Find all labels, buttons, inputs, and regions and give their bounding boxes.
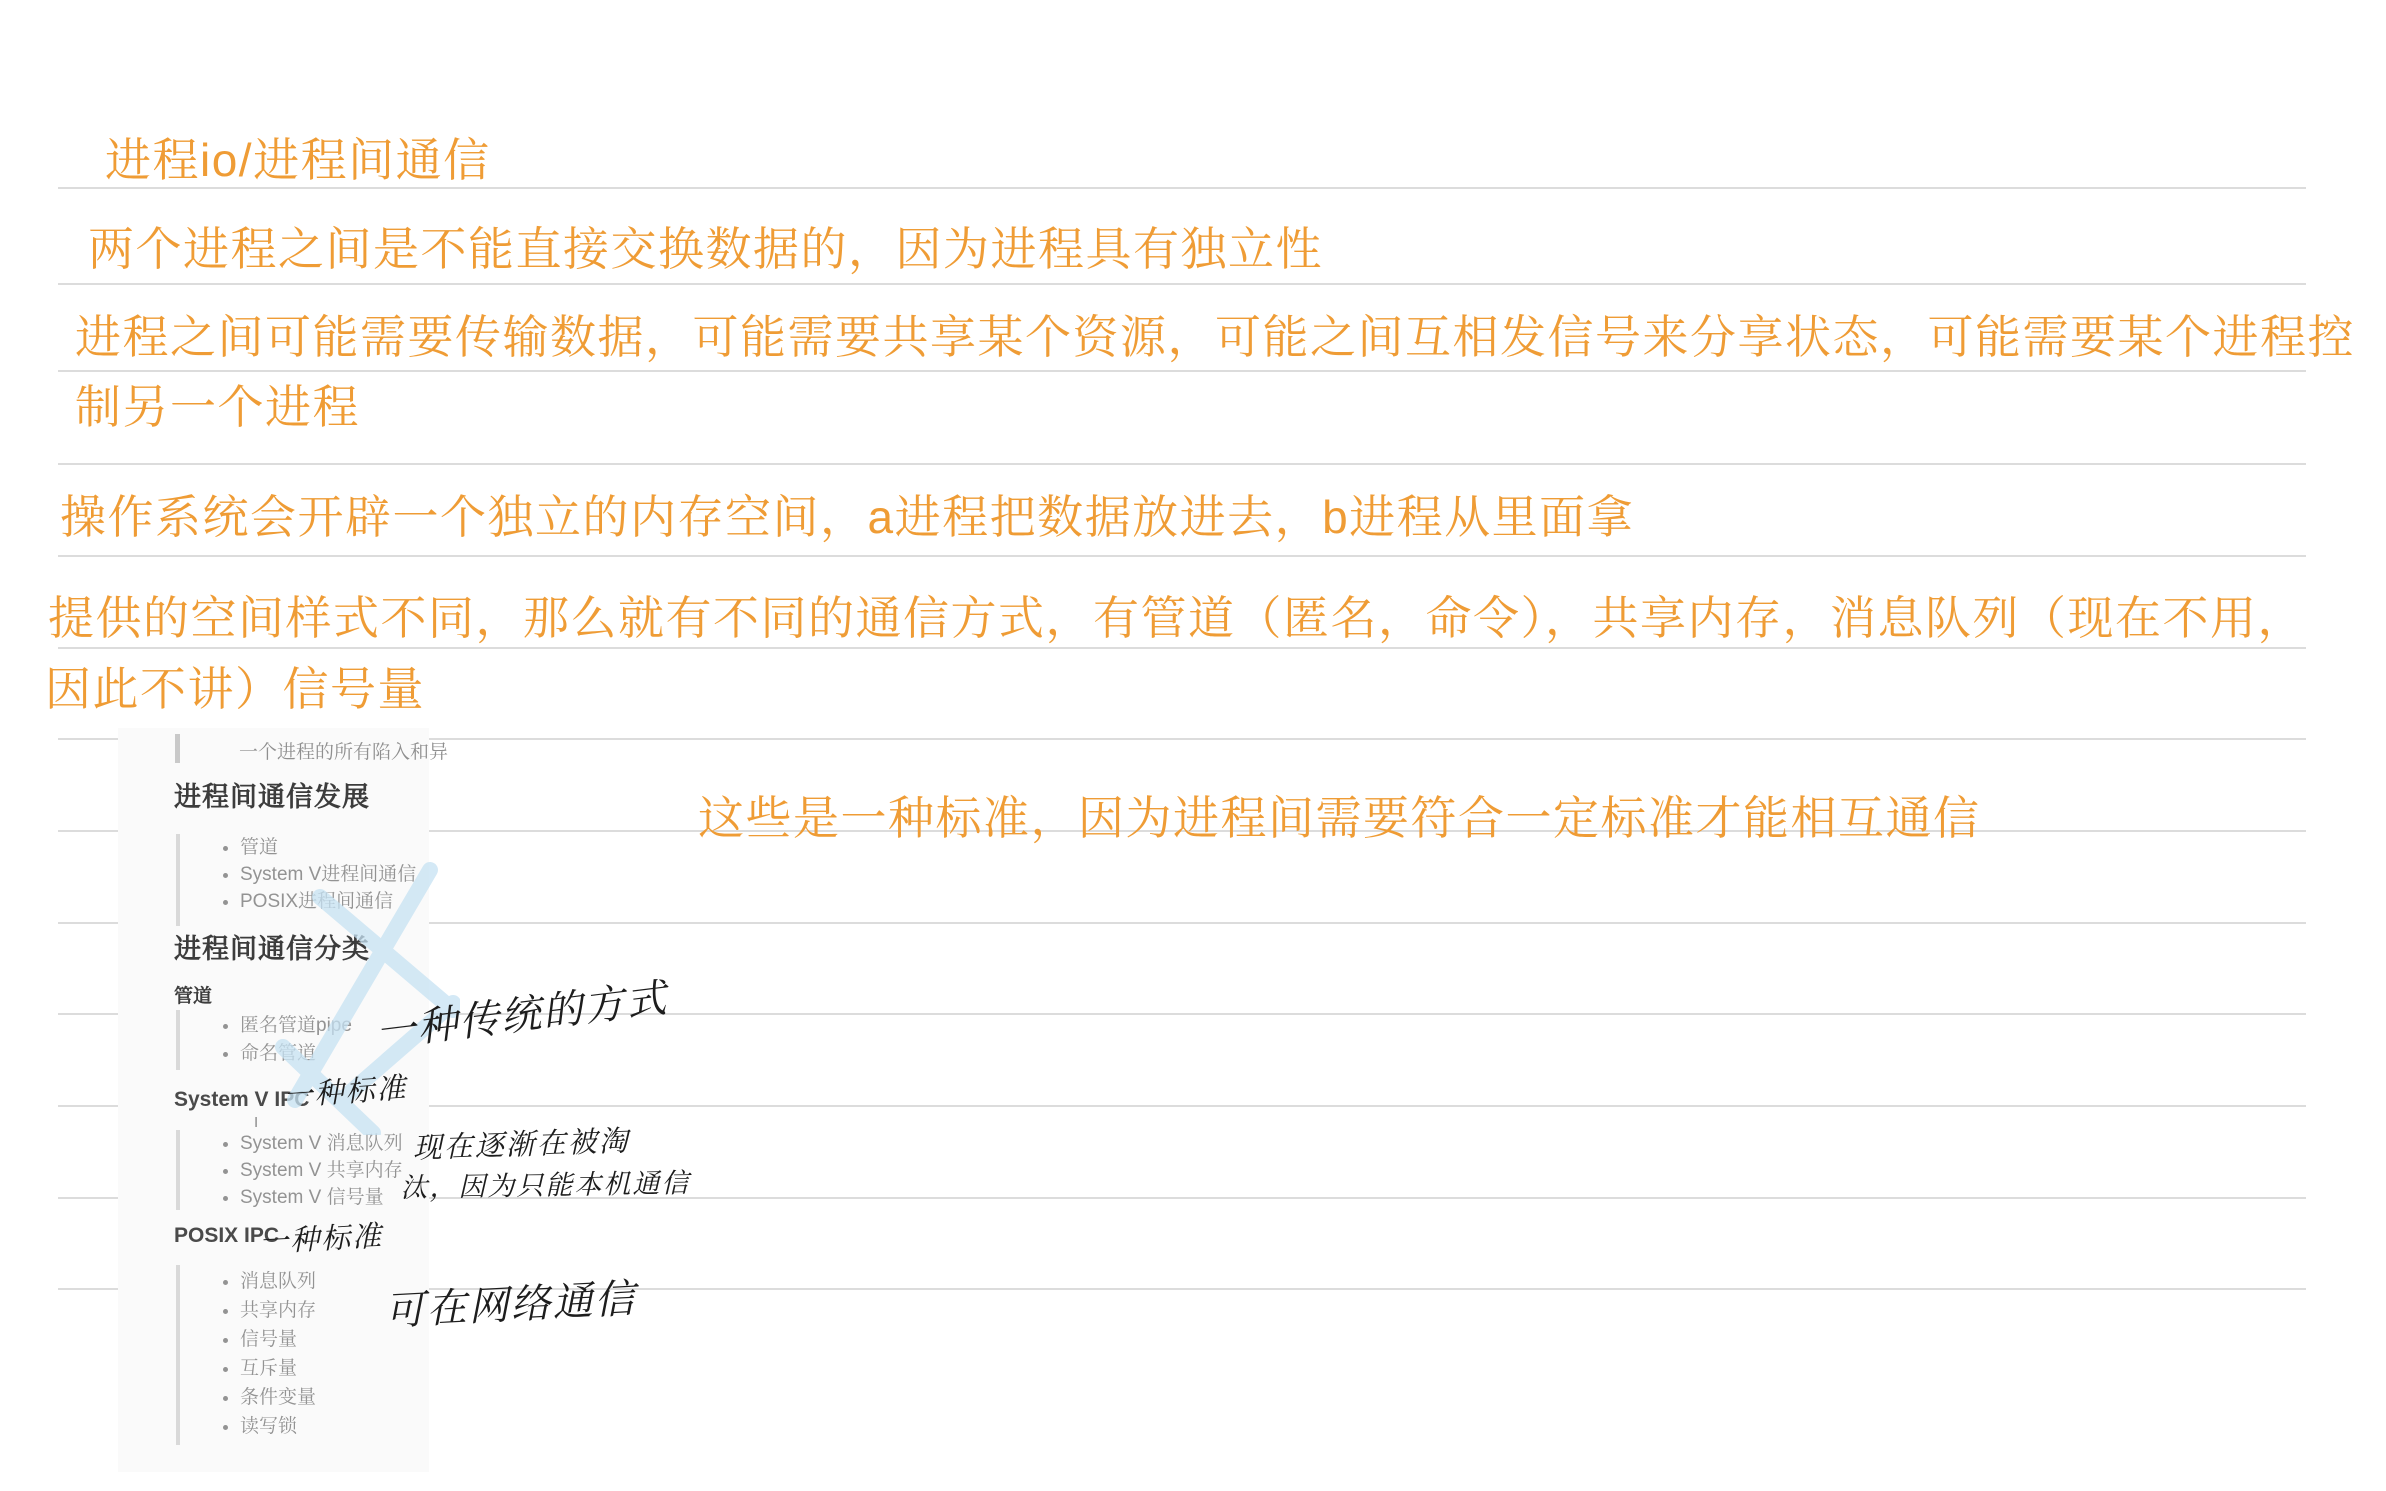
ruled-line <box>58 370 2306 372</box>
quote-bar <box>175 734 180 763</box>
ruled-line <box>58 555 2306 557</box>
list-item: 共享内存 <box>240 1296 316 1325</box>
list-item: 读写锁 <box>240 1412 316 1441</box>
list-rule <box>176 1130 180 1210</box>
handwriting-posix-standard: 一种标准 <box>258 1214 384 1261</box>
handwriting-sysv-standard: 一种标准 <box>282 1065 409 1115</box>
list-rule <box>176 1010 180 1070</box>
note-title: 进程io/进程间通信 <box>105 124 491 190</box>
ruled-line <box>58 283 2306 285</box>
notes-page: 进程io/进程间通信 两个进程之间是不能直接交换数据的，因为进程具有独立性 进程… <box>0 0 2386 1491</box>
handwriting-fading-line1: 现在逐渐在被淘 <box>412 1118 630 1167</box>
doc-clipped-text: 一个进程的所有陷入和异 <box>239 737 448 764</box>
list-item: System V 信号量 <box>240 1184 403 1211</box>
list-item: System V 共享内存 <box>240 1157 403 1184</box>
doc-heading-ipc-development: 进程间通信发展 <box>174 775 370 814</box>
handwriting-fading-line2: 汰，因为只能本机通信 <box>400 1161 691 1205</box>
note-line: 制另一个进程 <box>75 371 360 437</box>
doc-subheading-pipe: 管道 <box>174 981 212 1008</box>
list-rule <box>176 1265 180 1445</box>
list-item: 互斥量 <box>240 1354 316 1383</box>
sysv-bullet-list: System V 消息队列 System V 共享内存 System V 信号量 <box>218 1130 403 1211</box>
handwriting-network-communication: 可在网络通信 <box>383 1267 638 1337</box>
note-annotation-standards: 这些是一种标准，因为进程间需要符合一定标准才能相互通信 <box>698 782 1981 848</box>
list-item: 消息队列 <box>240 1267 316 1296</box>
list-rule <box>176 834 180 926</box>
list-item: 条件变量 <box>240 1383 316 1412</box>
ruled-line <box>58 463 2306 465</box>
note-line: 进程之间可能需要传输数据，可能需要共享某个资源，可能之间互相发信号来分享状态，可… <box>75 301 2355 367</box>
note-line: 因此不讲）信号量 <box>45 653 425 719</box>
note-line: 提供的空间样式不同，那么就有不同的通信方式，有管道（匿名，命令），共享内存，消息… <box>48 582 2305 648</box>
note-line: 两个进程之间是不能直接交换数据的，因为进程具有独立性 <box>88 213 1323 279</box>
list-item: 信号量 <box>240 1325 316 1354</box>
posix-bullet-list: 消息队列 共享内存 信号量 互斥量 条件变量 读写锁 <box>218 1267 316 1441</box>
note-line: 操作系统会开辟一个独立的内存空间，a进程把数据放进去，b进程从里面拿 <box>60 481 1634 547</box>
